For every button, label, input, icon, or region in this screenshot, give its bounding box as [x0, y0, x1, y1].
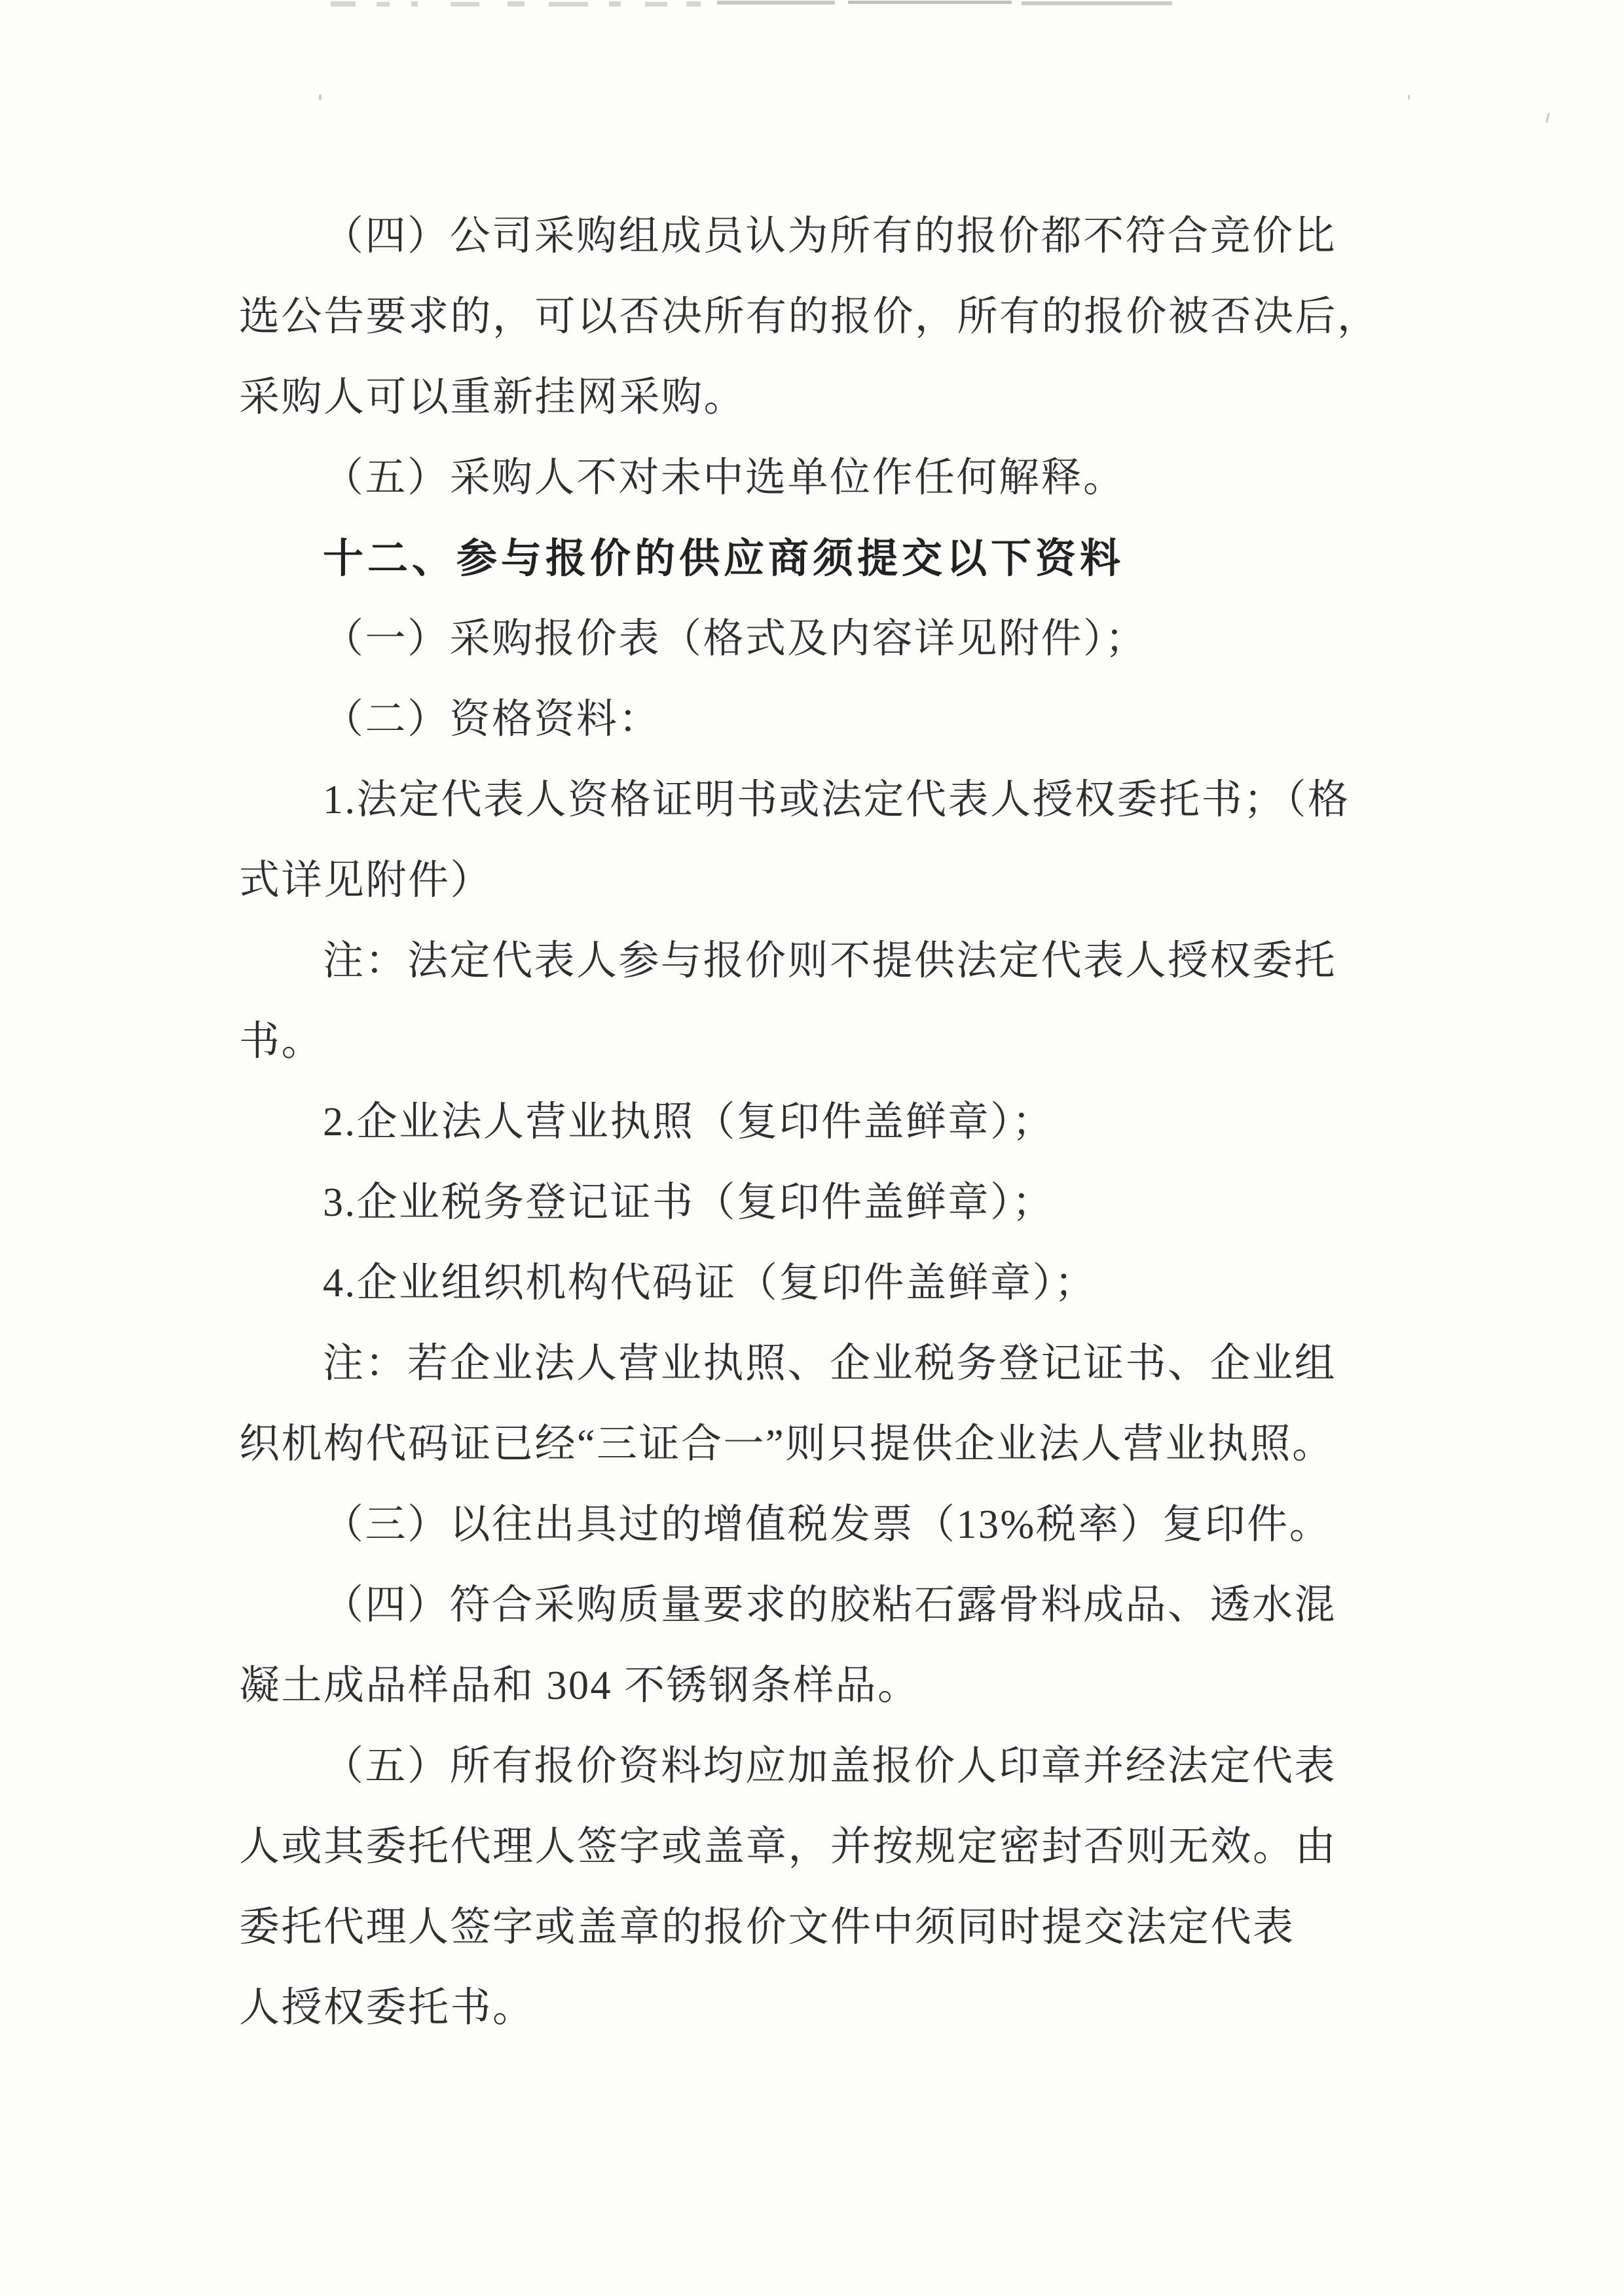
- paragraph-line-21: 人或其委托代理人签字或盖章，并按规定密封否则无效。由: [239, 1807, 1388, 1887]
- scan-artifact: [411, 1, 418, 7]
- paragraph-line-16: 织机构代码证已经“三证合一”则只提供企业法人营业执照。: [239, 1404, 1388, 1485]
- paragraph-line-4: （五）采购人不对未中选单位作任何解释。: [239, 438, 1388, 519]
- scan-artifact: [507, 1, 525, 7]
- paragraph-line-12: 2.企业法人营业执照（复印件盖鲜章）；: [239, 1082, 1388, 1163]
- scan-artifact: [686, 1, 701, 7]
- scan-artifact: [848, 1, 1012, 4]
- paragraph-line-15: 注：若企业法人营业执照、企业税务登记证书、企业组: [239, 1324, 1388, 1404]
- paragraph-line-13: 3.企业税务登记证书（复印件盖鲜章）；: [239, 1163, 1388, 1243]
- paragraph-line-9: 式详见附件）: [239, 841, 1388, 921]
- paragraph-line-19: 凝土成品样品和 304 不锈钢条样品。: [239, 1646, 1388, 1726]
- scan-artifact: [549, 2, 588, 7]
- paragraph-line-14: 4.企业组织机构代码证（复印件盖鲜章）；: [239, 1243, 1388, 1324]
- section-heading: 十二、参与报价的供应商须提交以下资料: [239, 519, 1388, 599]
- paragraph-line-7: （二）资格资料：: [239, 680, 1388, 760]
- document-page: （四）公司采购组成员认为所有的报价都不符合竞价比 选公告要求的，可以否决所有的报…: [0, 0, 1624, 2296]
- paragraph-line-17: （三）以往出具过的增值税发票（13%税率）复印件。: [239, 1485, 1388, 1565]
- scan-artifact: [331, 1, 356, 7]
- paragraph-line-8: 1.法定代表人资格证明书或法定代表人授权委托书；（格: [239, 760, 1388, 841]
- paragraph-line-22: 委托代理人签字或盖章的报价文件中须同时提交法定代表: [239, 1887, 1388, 1968]
- scan-artifact: [377, 2, 390, 7]
- paragraph-line-3: 采购人可以重新挂网采购。: [239, 357, 1388, 438]
- paragraph-line-1: （四）公司采购组成员认为所有的报价都不符合竞价比: [239, 196, 1388, 277]
- scan-artifact: [1022, 1, 1172, 5]
- scan-speck: [319, 94, 322, 100]
- scan-artifact: [451, 2, 479, 7]
- paragraph-line-6: （一）采购报价表（格式及内容详见附件）；: [239, 599, 1388, 680]
- scan-artifact: [609, 1, 621, 7]
- paragraph-line-11: 书。: [239, 1002, 1388, 1082]
- scan-speck: [1408, 95, 1410, 100]
- paragraph-line-10: 注：法定代表人参与报价则不提供法定代表人授权委托: [239, 921, 1388, 1002]
- paragraph-line-20: （五）所有报价资料均应加盖报价人印章并经法定代表: [239, 1726, 1388, 1807]
- paragraph-line-23: 人授权委托书。: [239, 1968, 1388, 2049]
- paragraph-line-18: （四）符合采购质量要求的胶粘石露骨料成品、透水混: [239, 1565, 1388, 1646]
- scan-artifact: [717, 1, 835, 5]
- paragraph-line-2: 选公告要求的，可以否决所有的报价，所有的报价被否决后，: [239, 277, 1388, 357]
- document-body: （四）公司采购组成员认为所有的报价都不符合竞价比 选公告要求的，可以否决所有的报…: [239, 196, 1388, 2049]
- scan-artifact: [645, 2, 667, 7]
- scan-speck: [1545, 113, 1550, 123]
